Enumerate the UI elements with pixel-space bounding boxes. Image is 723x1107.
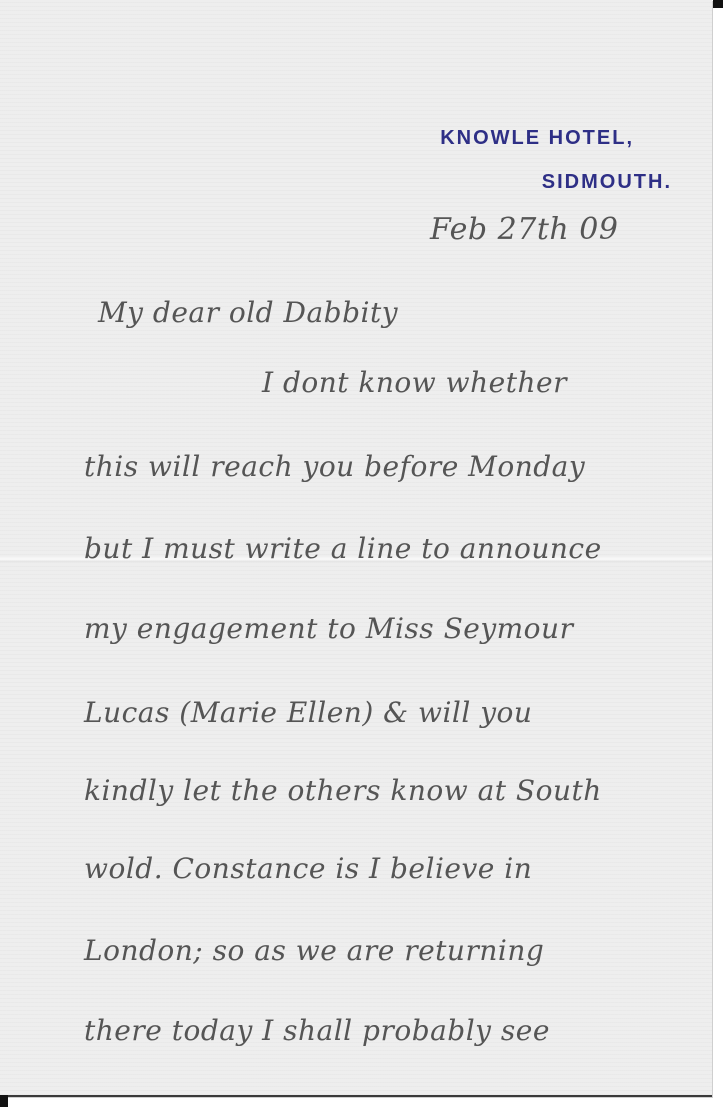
- salutation: My dear old Dabbity: [98, 296, 398, 329]
- body-line-4: my engagement to Miss Seymour: [84, 612, 573, 645]
- body-line-5: Lucas (Marie Ellen) & will you: [84, 696, 532, 729]
- letterhead-hotel: KNOWLE HOTEL,: [440, 116, 634, 160]
- body-line-7: wold. Constance is I believe in: [84, 852, 532, 885]
- body-line-8: London; so as we are returning: [84, 934, 544, 967]
- scanner-edge: [713, 0, 723, 8]
- body-line-6: kindly let the others know at South: [84, 774, 602, 807]
- letterhead: KNOWLE HOTEL, SIDMOUTH.: [440, 116, 672, 204]
- body-line-9: there today I shall probably see: [84, 1014, 550, 1047]
- scanner-edge-bottom: [0, 1095, 8, 1107]
- body-line-1: I dont know whether: [262, 366, 567, 399]
- body-line-2: this will reach you before Monday: [84, 450, 585, 483]
- body-line-3: but I must write a line to announce: [84, 532, 602, 565]
- letter-date: Feb 27th 09: [430, 212, 618, 247]
- letterhead-town: SIDMOUTH.: [440, 160, 672, 204]
- letter-page: KNOWLE HOTEL, SIDMOUTH. Feb 27th 09 My d…: [0, 0, 712, 1097]
